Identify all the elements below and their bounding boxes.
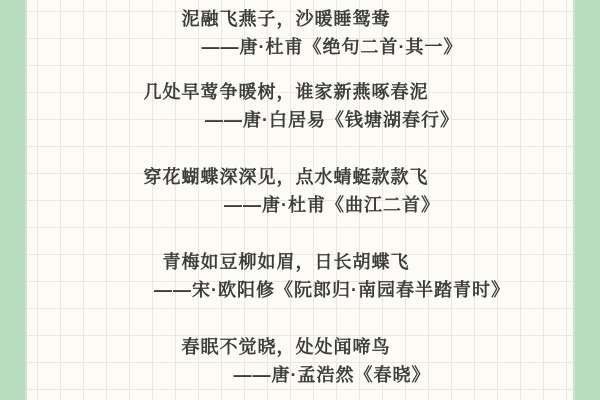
poem-attribution: ——唐·孟浩然《春晓》: [57, 361, 600, 389]
right-green-bar: [573, 0, 600, 400]
quote-block: 穿花蝴蝶深深见，点水蜻蜓款款飞 ——唐·杜甫《曲江二首》: [25, 163, 575, 219]
poem-attribution: ——唐·白居易《钱塘湖春行》: [57, 106, 600, 134]
poem-attribution: ——宋·欧阳修《阮郎归·南园春半踏青时》: [57, 276, 600, 304]
left-green-bar: [0, 0, 27, 400]
poem-line: 穿花蝴蝶深深见，点水蜻蜓款款飞: [11, 163, 561, 191]
quote-block: 几处早莺争暖树，谁家新燕啄春泥 ——唐·白居易《钱塘湖春行》: [25, 78, 575, 134]
poem-line: 泥融飞燕子，沙暖睡鸳鸯: [11, 5, 561, 33]
quote-block: 青梅如豆柳如眉，日长胡蝶飞 ——宋·欧阳修《阮郎归·南园春半踏青时》: [25, 248, 575, 304]
poem-attribution: ——唐·杜甫《绝句二首·其一》: [57, 33, 600, 61]
poem-line: 几处早莺争暖树，谁家新燕啄春泥: [11, 78, 561, 106]
quote-block: 泥融飞燕子，沙暖睡鸳鸯 ——唐·杜甫《绝句二首·其一》: [25, 5, 575, 61]
poem-grid-paper: 泥融飞燕子，沙暖睡鸳鸯 ——唐·杜甫《绝句二首·其一》 几处早莺争暖树，谁家新燕…: [0, 0, 600, 400]
poem-attribution: ——唐·杜甫《曲江二首》: [57, 191, 600, 219]
poem-line: 青梅如豆柳如眉，日长胡蝶飞: [11, 248, 561, 276]
poem-line: 春眠不觉晓，处处闻啼鸟: [11, 333, 561, 361]
quote-block: 春眠不觉晓，处处闻啼鸟 ——唐·孟浩然《春晓》: [25, 333, 575, 389]
quote-list: 泥融飞燕子，沙暖睡鸳鸯 ——唐·杜甫《绝句二首·其一》 几处早莺争暖树，谁家新燕…: [25, 0, 575, 400]
